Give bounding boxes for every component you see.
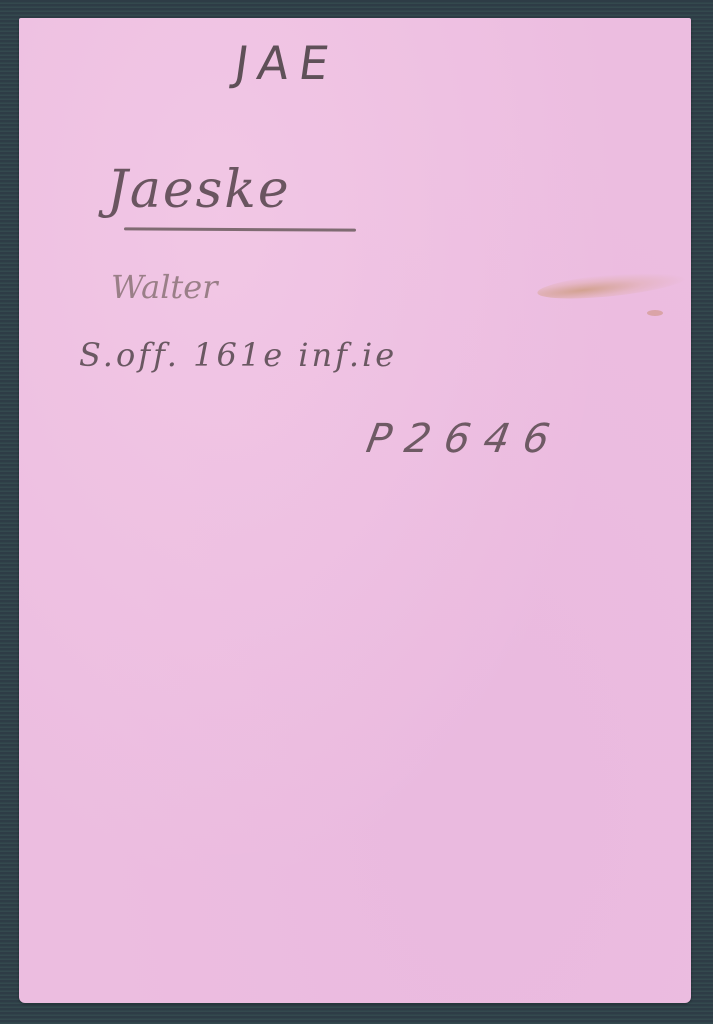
stain-spot xyxy=(647,310,663,316)
index-card: JAE Jaeske Walter S.off. 161e inf.ie P26… xyxy=(19,18,691,1003)
surname: Jaeske xyxy=(107,160,291,220)
given-name: Walter xyxy=(111,268,218,306)
surname-underline xyxy=(124,227,356,231)
reference-number: P2646 xyxy=(363,416,567,462)
stain-mark xyxy=(536,266,687,304)
rank-unit: S.off. 161e inf.ie xyxy=(79,336,397,374)
card-code: JAE xyxy=(231,36,342,90)
